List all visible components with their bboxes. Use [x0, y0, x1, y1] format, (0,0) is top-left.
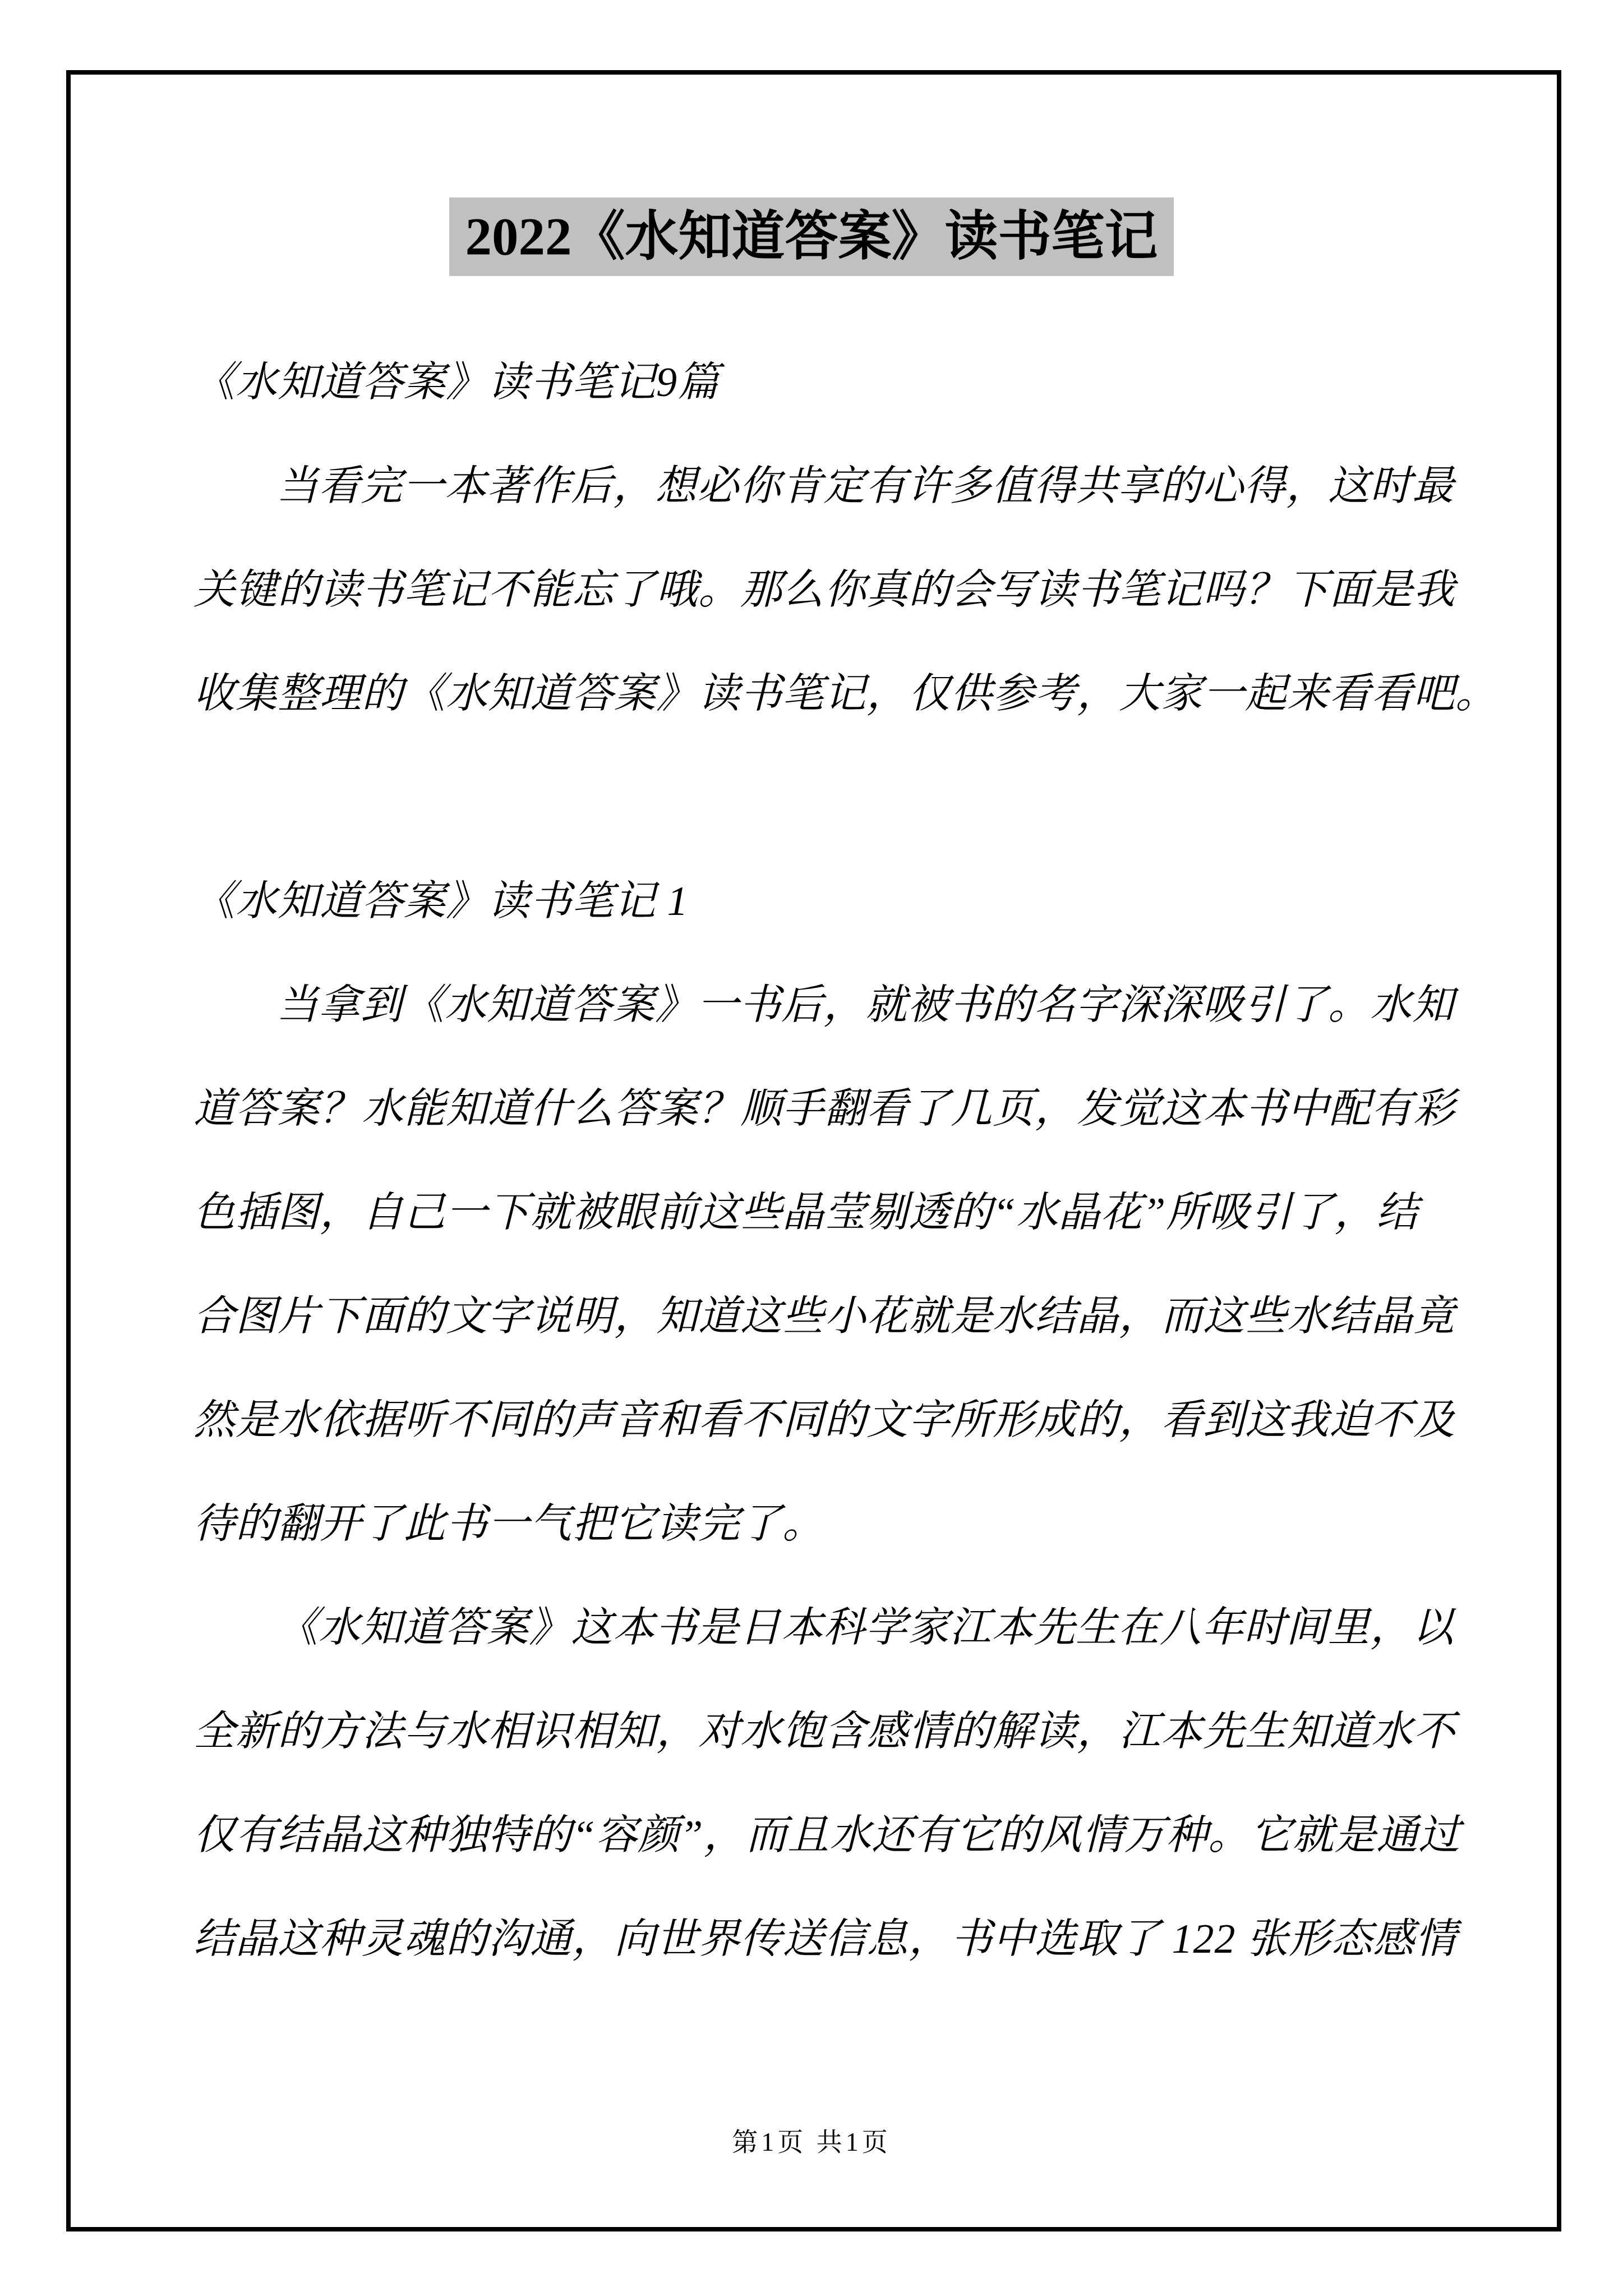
text-line: 收集整理的《水知道答案》读书笔记，仅供参考，大家一起来看看吧。: [193, 642, 1449, 746]
document-title: 2022《水知道答案》读书笔记: [0, 197, 1623, 276]
text-line: 《水知道答案》读书笔记 1: [193, 850, 1449, 954]
text-line: 当拿到《水知道答案》一书后，就被书的名字深深吸引了。水知: [193, 954, 1449, 1057]
text-line: 结晶这种灵魂的沟通，向世界传送信息，书中选取了 122 张形态感情: [193, 1888, 1449, 1991]
text-line: 道答案？水能知道什么答案？顺手翻看了几页，发觉这本书中配有彩: [193, 1057, 1449, 1161]
text-line: 合图片下面的文字说明，知道这些小花就是水结晶，而这些水结晶竟: [193, 1265, 1449, 1369]
blank-line: [193, 746, 1449, 850]
text-line: 色插图，自己一下就被眼前这些晶莹剔透的“水晶花”所吸引了，结: [193, 1161, 1449, 1265]
page-footer: 第1页 共1页: [0, 2122, 1623, 2159]
text-line: 《水知道答案》这本书是日本科学家江本先生在八年时间里，以: [193, 1576, 1449, 1680]
text-line: 仅有结晶这种独特的“容颜”，而且水还有它的风情万种。它就是通过: [193, 1784, 1449, 1888]
text-line: 当看完一本著作后，想必你肯定有许多值得共享的心得，这时最: [193, 435, 1449, 539]
text-line: 待的翻开了此书一气把它读完了。: [193, 1473, 1449, 1576]
text-line: 全新的方法与水相识相知，对水饱含感情的解读，江本先生知道水不: [193, 1680, 1449, 1784]
text-line: 然是水依据听不同的声音和看不同的文字所形成的，看到这我迫不及: [193, 1369, 1449, 1473]
document-body: 《水知道答案》读书笔记9篇当看完一本著作后，想必你肯定有许多值得共享的心得，这时…: [193, 331, 1449, 1991]
title-highlight: 2022《水知道答案》读书笔记: [449, 197, 1173, 276]
text-line: 《水知道答案》读书笔记9篇: [193, 331, 1449, 435]
text-line: 关键的读书笔记不能忘了哦。那么你真的会写读书笔记吗？下面是我: [193, 539, 1449, 642]
